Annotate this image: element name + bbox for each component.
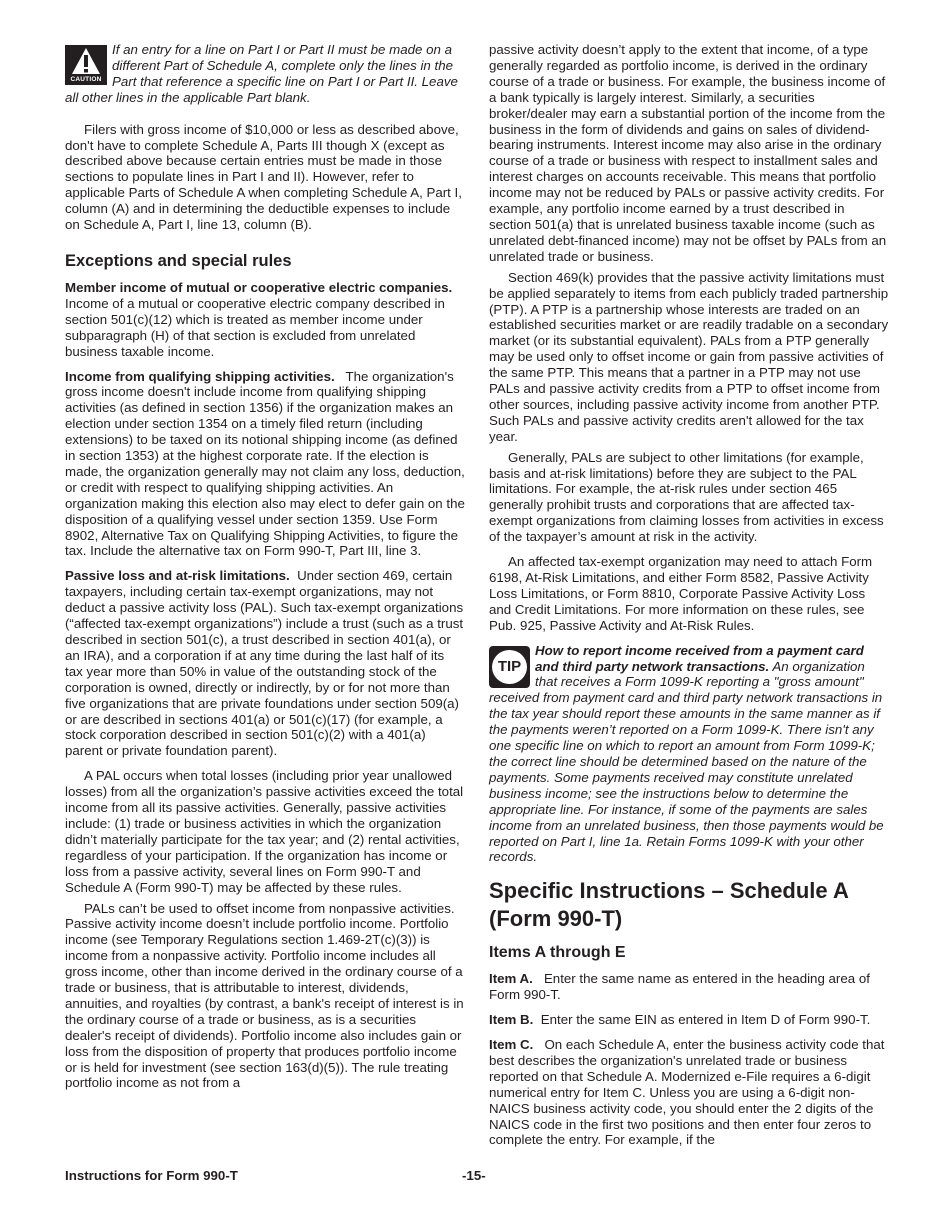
item-a-label: Item A.	[489, 971, 533, 986]
pal-occurs-paragraph: A PAL occurs when total losses (includin…	[65, 768, 465, 895]
shipping-paragraph: Income from qualifying shipping activiti…	[65, 369, 465, 560]
member-income-title: Member income of mutual or cooperative e…	[65, 280, 452, 295]
caution-note: CAUTION If an entry for a line on Part I…	[65, 42, 465, 106]
caution-text: If an entry for a line on Part I or Part…	[65, 42, 458, 105]
continued-paragraph: passive activity doesn’t apply to the ex…	[489, 42, 889, 265]
affected-paragraph: An affected tax-exempt organization may …	[489, 554, 889, 634]
generally-paragraph: Generally, PALs are subject to other lim…	[489, 450, 889, 545]
passive-loss-title: Passive loss and at-risk limitations.	[65, 568, 290, 583]
item-b-paragraph: Item B. Enter the same EIN as entered in…	[489, 1012, 889, 1028]
item-c-paragraph: Item C. On each Schedule A, enter the bu…	[489, 1037, 889, 1148]
right-column: passive activity doesn’t apply to the ex…	[489, 42, 889, 1148]
pals-cant-paragraph: PALs can’t be used to offset income from…	[65, 901, 465, 1092]
member-income-paragraph: Member income of mutual or cooperative e…	[65, 280, 465, 360]
item-b-text: Enter the same EIN as entered in Item D …	[541, 1012, 871, 1027]
item-b-label: Item B.	[489, 1012, 533, 1027]
shipping-title: Income from qualifying shipping activiti…	[65, 369, 335, 384]
passive-loss-text: Under section 469, certain taxpayers, in…	[65, 568, 463, 758]
tip-note: TIP How to report income received from a…	[489, 643, 889, 866]
footer-document-title: Instructions for Form 990-T	[65, 1168, 238, 1184]
tip-text: An organization that receives a Form 109…	[489, 659, 884, 865]
item-c-label: Item C.	[489, 1037, 533, 1052]
tip-label: TIP	[492, 650, 527, 684]
items-heading: Items A through E	[489, 943, 889, 963]
exceptions-heading: Exceptions and special rules	[65, 251, 465, 271]
item-a-paragraph: Item A. Enter the same name as entered i…	[489, 971, 889, 1003]
left-column: CAUTION If an entry for a line on Part I…	[65, 42, 465, 1091]
caution-label: CAUTION	[65, 76, 107, 84]
shipping-text: The organization's gross income doesn't …	[65, 369, 465, 559]
passive-loss-paragraph: Passive loss and at-risk limitations. Un…	[65, 568, 465, 759]
item-c-text: On each Schedule A, enter the business a…	[489, 1037, 884, 1147]
specific-instructions-heading: Specific Instructions – Schedule A (Form…	[489, 877, 889, 933]
tip-icon: TIP	[489, 646, 530, 688]
page-number: -15-	[462, 1168, 486, 1184]
caution-icon: CAUTION	[65, 45, 107, 85]
filers-paragraph: Filers with gross income of $10,000 or l…	[65, 122, 465, 233]
section-469k-paragraph: Section 469(k) provides that the passive…	[489, 270, 889, 445]
member-income-text: Income of a mutual or cooperative electr…	[65, 296, 445, 359]
item-a-text: Enter the same name as entered in the he…	[489, 971, 870, 1002]
